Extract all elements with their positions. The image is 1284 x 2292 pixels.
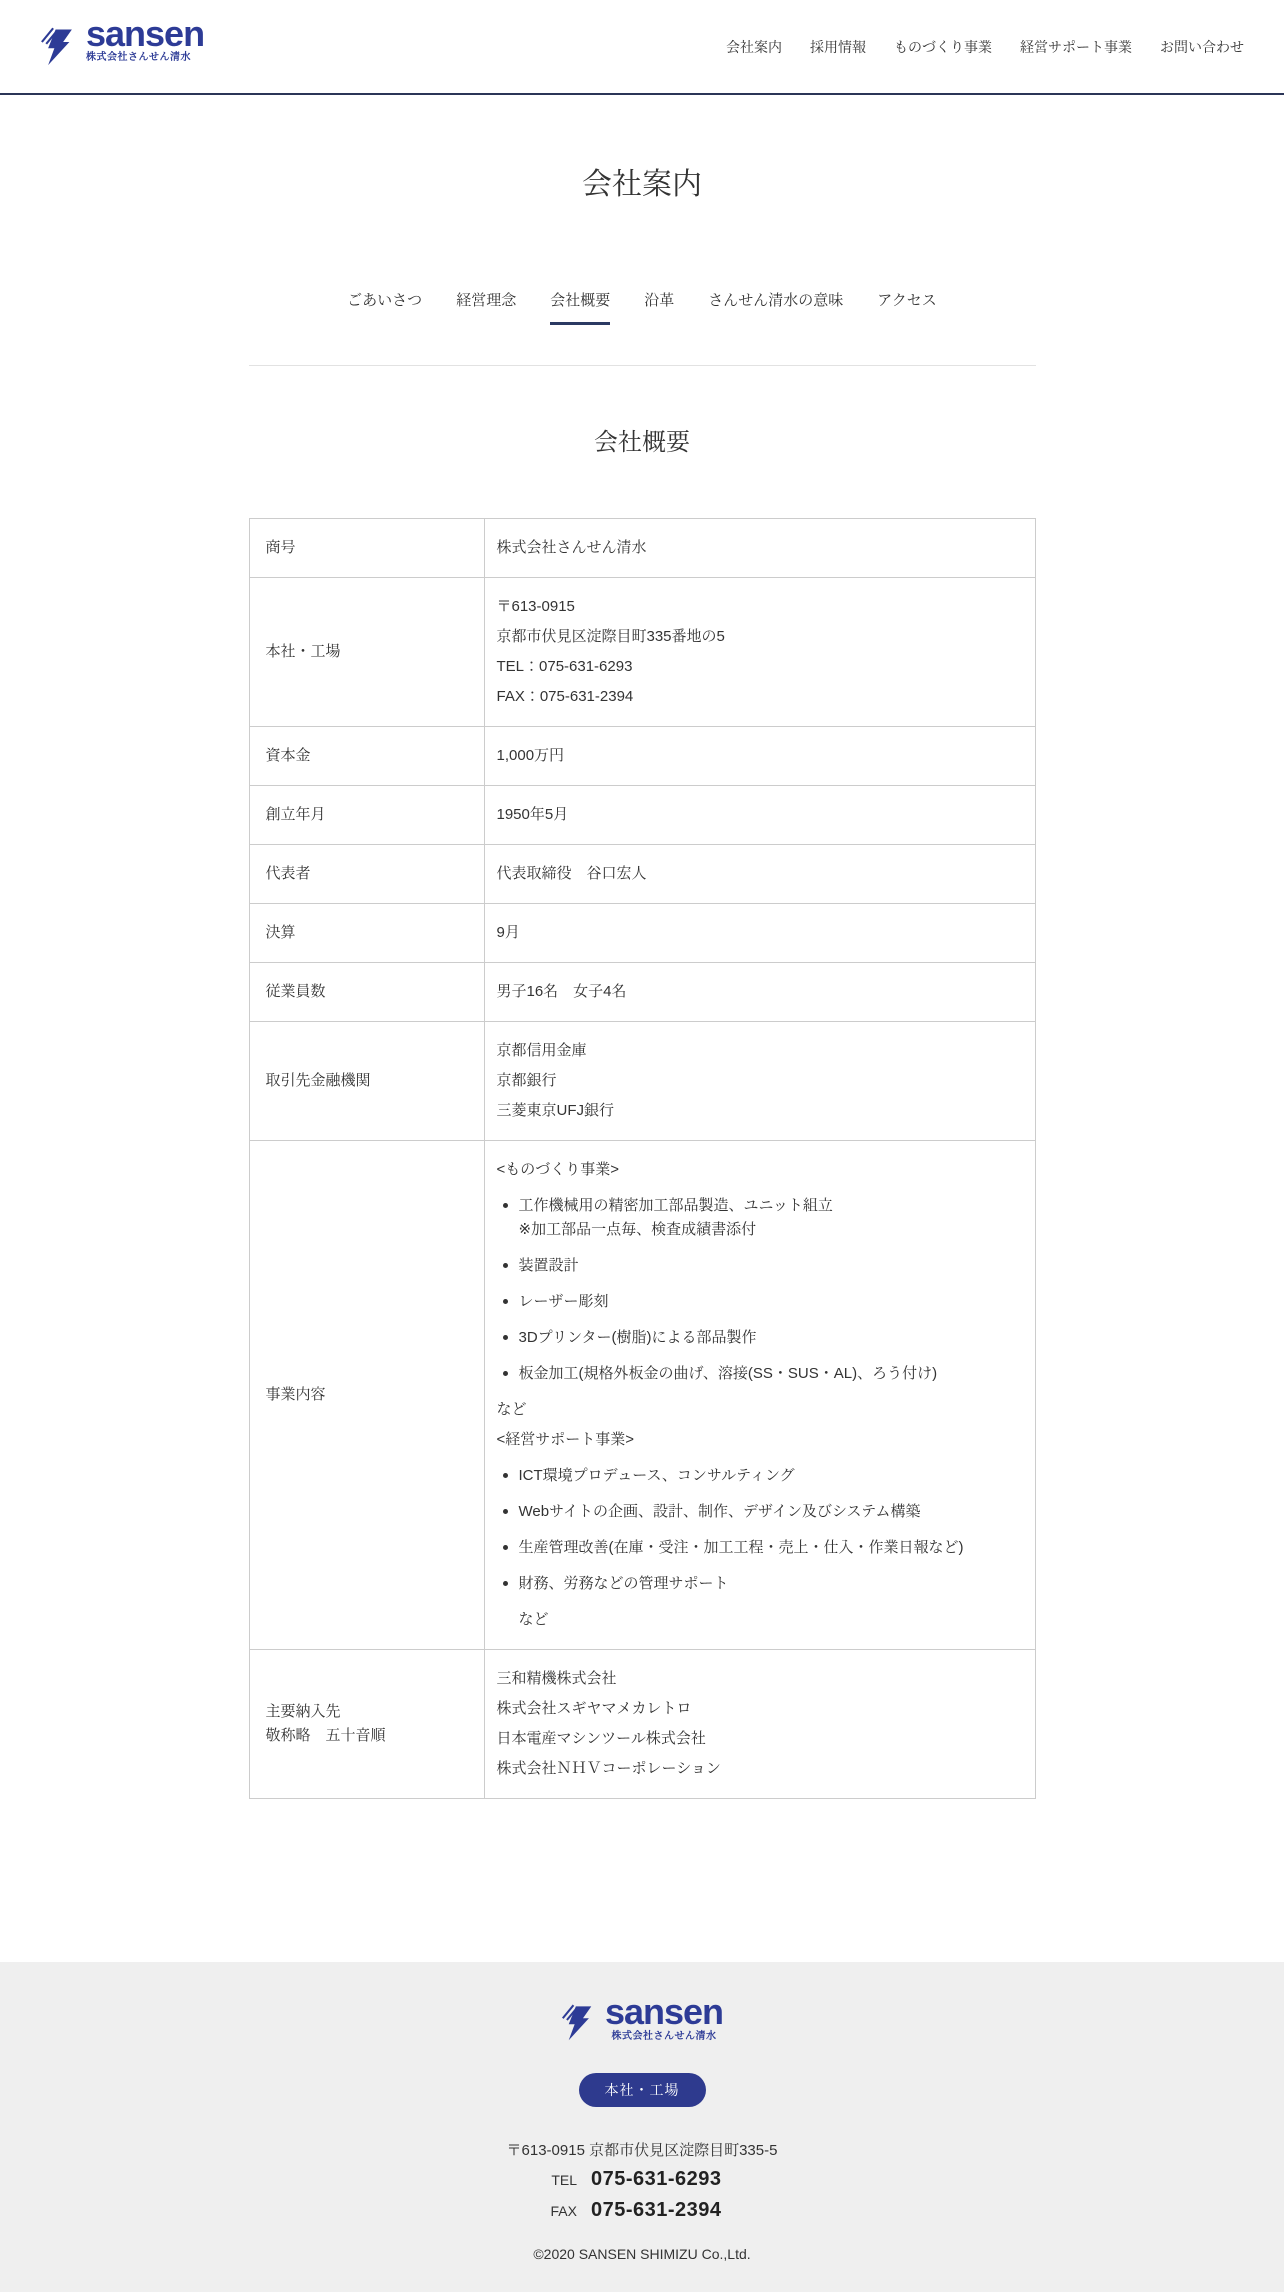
row-label: 創立年月 — [249, 786, 484, 845]
table-row: 決算9月 — [249, 904, 1035, 963]
section-title: 会社概要 — [0, 430, 1284, 456]
logo-wordmark: sansen — [86, 18, 204, 50]
row-label: 本社・工場 — [249, 578, 484, 727]
sansen-logo-icon — [561, 1996, 599, 2050]
fax-label: FAX — [543, 2203, 577, 2219]
row-value: <ものづくり事業>工作機械用の精密加工部品製造、ユニット組立※加工部品一点毎、検… — [484, 1141, 1035, 1650]
row-label: 資本金 — [249, 727, 484, 786]
logo-company-name: 株式会社さんせん清水 — [86, 53, 204, 63]
table-row: 事業内容<ものづくり事業>工作機械用の精密加工部品製造、ユニット組立※加工部品一… — [249, 1141, 1035, 1650]
nav-item-management-support[interactable]: 経営サポート事業 — [1020, 37, 1132, 57]
footer-fax-row: FAX 075-631-2394 — [0, 2199, 1284, 2222]
row-value: 京都信用金庫京都銀行三菱東京UFJ銀行 — [484, 1022, 1035, 1141]
row-value: 男子16名 女子4名 — [484, 963, 1035, 1022]
nav-item-company-info[interactable]: 会社案内 — [726, 37, 782, 57]
table-row: 創立年月1950年5月 — [249, 786, 1035, 845]
row-value: 〒613-0915京都市伏見区淀際目町335番地の5TEL：075-631-62… — [484, 578, 1035, 727]
row-value: 代表取締役 谷口宏人 — [484, 845, 1035, 904]
row-label: 従業員数 — [249, 963, 484, 1022]
row-value: 1950年5月 — [484, 786, 1035, 845]
row-value: 株式会社さんせん清水 — [484, 519, 1035, 578]
table-row: 商号株式会社さんせん清水 — [249, 519, 1035, 578]
row-label: 取引先金融機関 — [249, 1022, 484, 1141]
table-row: 主要納入先敬称略 五十音順三和精機株式会社株式会社スギヤマメカレトロ日本電産マシ… — [249, 1650, 1035, 1799]
row-value: 三和精機株式会社株式会社スギヤマメカレトロ日本電産マシンツール株式会社株式会社Ｎ… — [484, 1650, 1035, 1799]
footer-address: 〒613-0915 京都市伏見区淀際目町335-5 — [0, 2139, 1284, 2160]
header-nav: 会社案内採用情報ものづくり事業経営サポート事業お問い合わせ — [698, 37, 1244, 57]
nav-item-monodzukuri[interactable]: ものづくり事業 — [894, 37, 992, 57]
tab-greeting[interactable]: ごあいさつ — [347, 289, 422, 325]
table-row: 取引先金融機関京都信用金庫京都銀行三菱東京UFJ銀行 — [249, 1022, 1035, 1141]
row-label: 決算 — [249, 904, 484, 963]
row-label: 商号 — [249, 519, 484, 578]
section-divider — [249, 365, 1036, 366]
table-row: 資本金1,000万円 — [249, 727, 1035, 786]
tel-label: TEL — [543, 2172, 577, 2188]
copyright: ©2020 SANSEN SHIMIZU Co.,Ltd. — [0, 2246, 1284, 2262]
footer-tel-row: TEL 075-631-6293 — [0, 2168, 1284, 2191]
page-title: 会社案内 — [0, 165, 1284, 204]
main-content: 会社案内 ごあいさつ経営理念会社概要沿革さんせん清水の意味アクセス 会社概要 商… — [0, 165, 1284, 1799]
site-header: sansen 株式会社さんせん清水 会社案内採用情報ものづくり事業経営サポート事… — [0, 0, 1284, 95]
footer-contact: TEL 075-631-6293 FAX 075-631-2394 — [0, 2168, 1284, 2222]
nav-item-recruit[interactable]: 採用情報 — [810, 37, 866, 57]
table-row: 従業員数男子16名 女子4名 — [249, 963, 1035, 1022]
footer-logo[interactable]: sansen 株式会社さんせん清水 — [561, 1996, 723, 2050]
nav-item-contact[interactable]: お問い合わせ — [1160, 37, 1244, 57]
section-tabs: ごあいさつ経営理念会社概要沿革さんせん清水の意味アクセス — [0, 289, 1284, 325]
company-table-body: 商号株式会社さんせん清水本社・工場〒613-0915京都市伏見区淀際目町335番… — [249, 519, 1035, 1799]
row-label: 事業内容 — [249, 1141, 484, 1650]
tab-access[interactable]: アクセス — [877, 289, 937, 325]
tel-number: 075-631-6293 — [591, 2168, 741, 2191]
company-overview-table: 商号株式会社さんせん清水本社・工場〒613-0915京都市伏見区淀際目町335番… — [249, 518, 1036, 1799]
tab-meaning[interactable]: さんせん清水の意味 — [708, 289, 843, 325]
sansen-logo-icon — [40, 18, 80, 76]
table-row: 本社・工場〒613-0915京都市伏見区淀際目町335番地の5TEL：075-6… — [249, 578, 1035, 727]
office-badge: 本社・工場 — [579, 2073, 706, 2107]
tab-history[interactable]: 沿革 — [644, 289, 674, 325]
site-footer: sansen 株式会社さんせん清水 本社・工場 〒613-0915 京都市伏見区… — [0, 1962, 1284, 2292]
row-value: 9月 — [484, 904, 1035, 963]
tab-overview[interactable]: 会社概要 — [550, 289, 610, 325]
header-logo[interactable]: sansen 株式会社さんせん清水 — [40, 18, 204, 76]
tab-philosophy[interactable]: 経営理念 — [456, 289, 516, 325]
table-row: 代表者代表取締役 谷口宏人 — [249, 845, 1035, 904]
fax-number: 075-631-2394 — [591, 2199, 741, 2222]
row-value: 1,000万円 — [484, 727, 1035, 786]
row-label: 代表者 — [249, 845, 484, 904]
logo-wordmark: sansen — [605, 1996, 723, 2028]
logo-company-name: 株式会社さんせん清水 — [605, 2032, 723, 2042]
row-label: 主要納入先敬称略 五十音順 — [249, 1650, 484, 1799]
